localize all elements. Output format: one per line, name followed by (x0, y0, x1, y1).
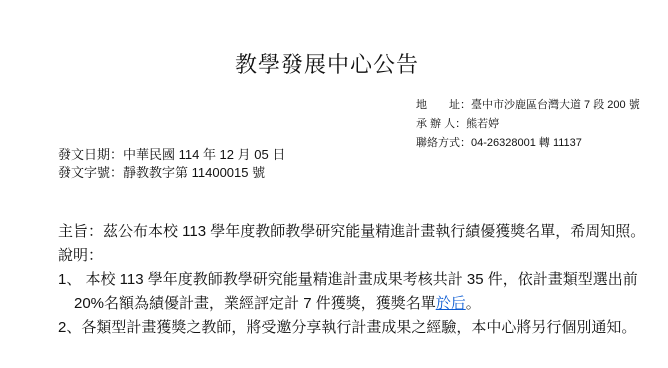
issue-date-line: 發文日期：中華民國 114 年 12 月 05 日 (58, 146, 285, 164)
announcement-document: 教學發展中心公告 地 址：臺中市沙鹿區台灣大道 7 段 200 號 承 辦 人：… (0, 0, 668, 368)
page-title: 教學發展中心公告 (0, 50, 654, 80)
item-2-line: 2、各類型計畫獲獎之教師，將受邀分享執行計畫成果之經驗，本中心將另行個別通知。 (58, 316, 648, 340)
award-list-link[interactable]: 於后 (436, 295, 466, 312)
document-body: 主旨：茲公布本校 113 學年度教師教學研究能量精進計畫執行績優獲獎名單，希周知… (58, 220, 648, 340)
document-meta: 發文日期：中華民國 114 年 12 月 05 日 發文字號：靜教教字第 114… (58, 146, 285, 182)
doc-number-line: 發文字號：靜教教字第 11400015 號 (58, 164, 285, 182)
item-1-line-2-suffix: 。 (466, 295, 481, 312)
item-1-line-1: 1、 本校 113 學年度教師教學研究能量精進計畫成果考核共計 35 件，依計畫… (58, 268, 648, 292)
item-1-line-2-text: 20%名額為績優計畫，業經評定計 7 件獲獎，獲獎名單 (74, 295, 436, 312)
explanation-label: 說明： (58, 244, 648, 268)
subject-line: 主旨：茲公布本校 113 學年度教師教學研究能量精進計畫執行績優獲獎名單，希周知… (58, 220, 648, 244)
item-1-line-2: 20%名額為績優計畫，業經評定計 7 件獲獎，獲獎名單於后。 (74, 292, 648, 316)
phone-line: 聯絡方式：04-26328001 轉 11137 (416, 134, 640, 153)
contact-person-line: 承 辦 人：熊若婷 (416, 115, 640, 134)
address-line: 地 址：臺中市沙鹿區台灣大道 7 段 200 號 (416, 96, 640, 115)
contact-info: 地 址：臺中市沙鹿區台灣大道 7 段 200 號 承 辦 人：熊若婷 聯絡方式：… (416, 96, 640, 153)
